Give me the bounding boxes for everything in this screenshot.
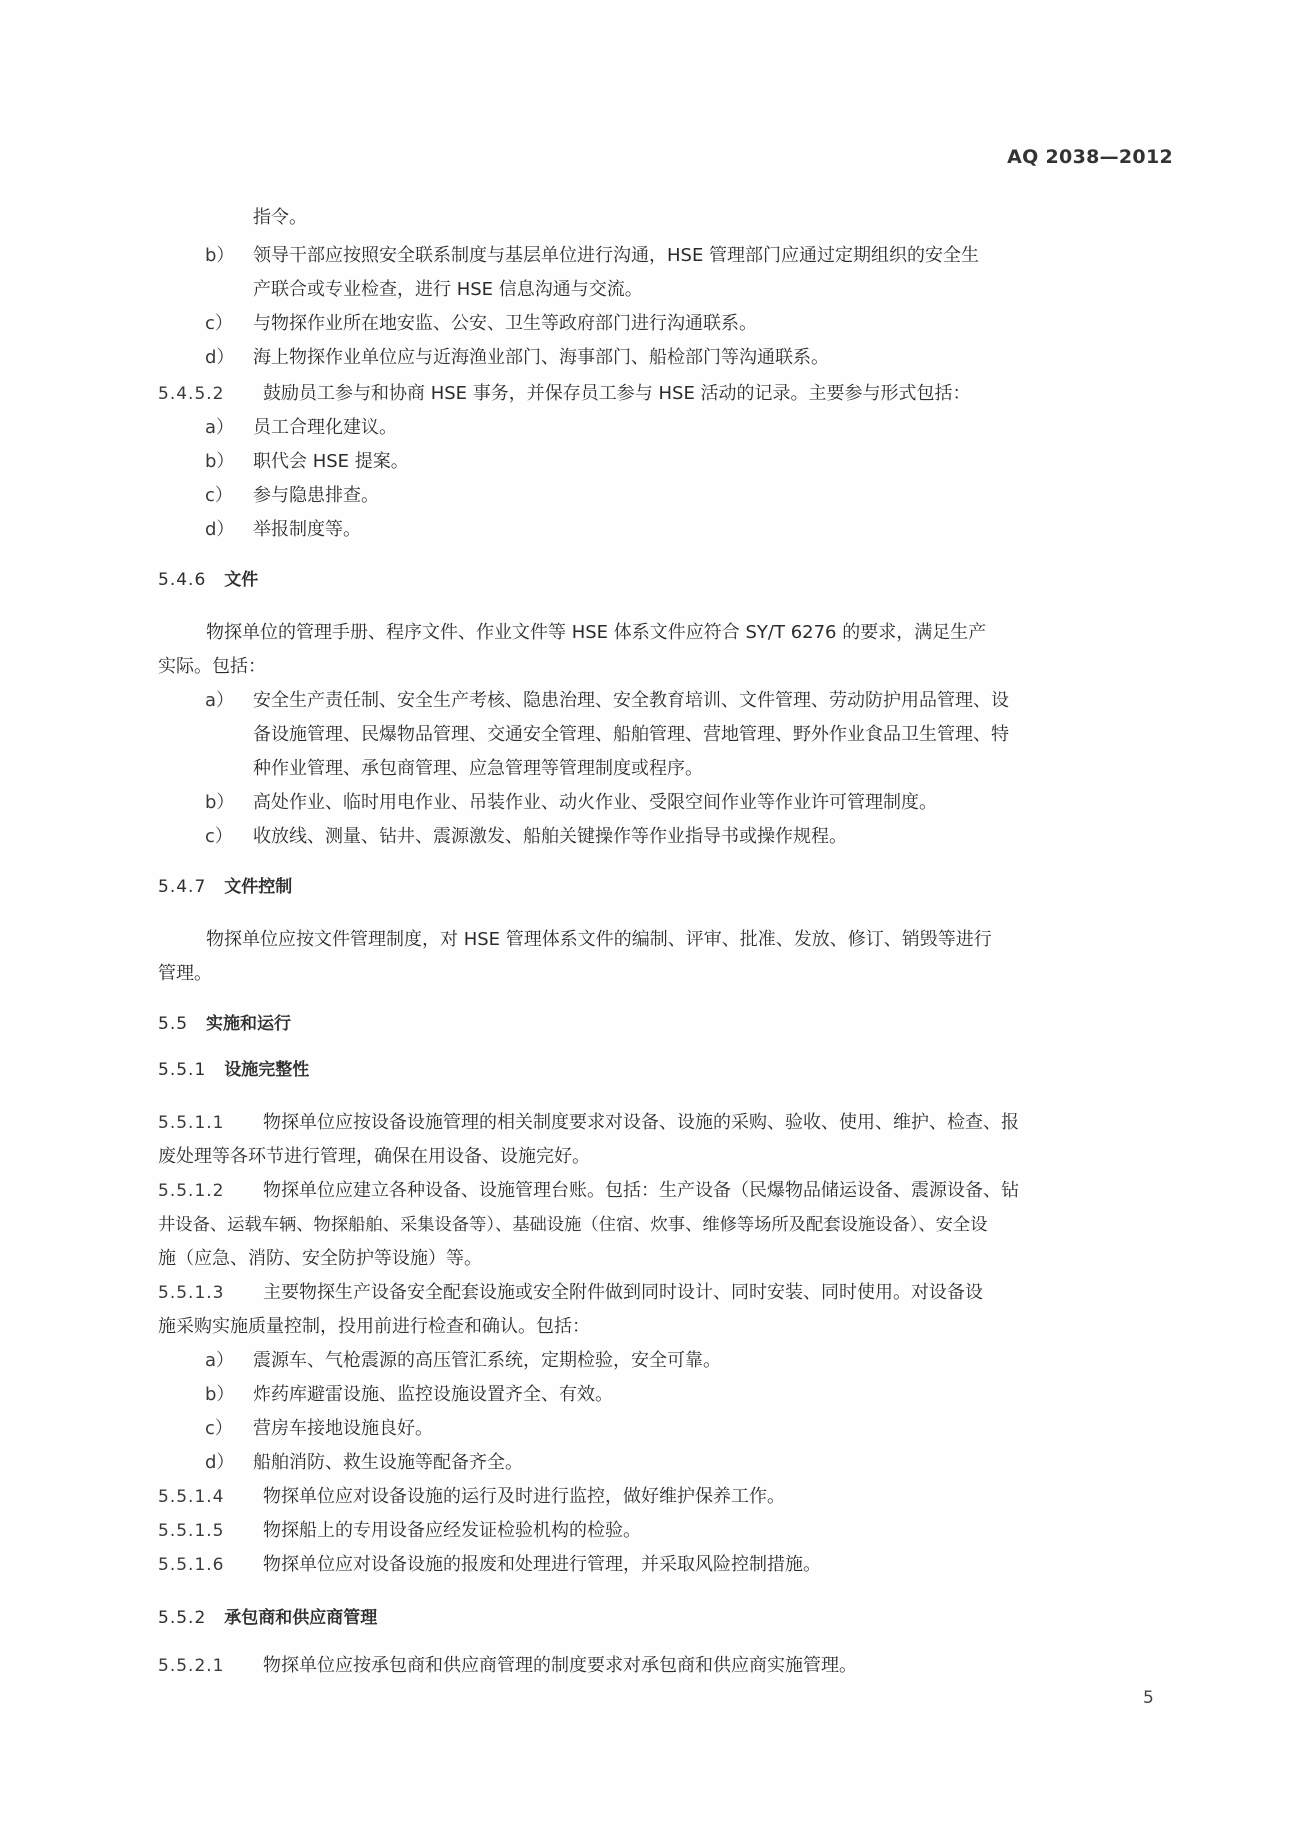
- list-item-text: 举报制度等。: [253, 517, 361, 543]
- clause-number: 5.5.1.4: [158, 1484, 224, 1510]
- clause-text: 物探单位应对设备设施的运行及时进行监控，做好维护保养工作。: [263, 1484, 785, 1510]
- section-number: 5.5.1: [158, 1060, 206, 1080]
- clause-text: 物探船上的专用设备应经发证检验机构的检验。: [263, 1518, 641, 1544]
- section-heading: 5.4.6文件: [158, 567, 258, 593]
- paragraph-text: 实际。包括：: [158, 654, 266, 680]
- section-heading: 5.5.1设施完整性: [158, 1057, 309, 1083]
- clause-text: 废处理等各环节进行管理，确保在用设备、设施完好。: [158, 1144, 590, 1170]
- clause-number: 5.5.1.5: [158, 1518, 224, 1544]
- list-label: b）: [205, 243, 234, 269]
- clause-number: 5.5.1.2: [158, 1178, 224, 1204]
- list-label: b）: [205, 449, 234, 475]
- clause-text: 鼓励员工参与和协商 HSE 事务，并保存员工参与 HSE 活动的记录。主要参与形…: [263, 381, 971, 407]
- section-title: 文件: [224, 570, 258, 590]
- list-item-text: 产联合或专业检查，进行 HSE 信息沟通与交流。: [253, 277, 643, 303]
- list-item-text: 与物探作业所在地安监、公安、卫生等政府部门进行沟通联系。: [253, 311, 757, 337]
- clause-number: 5.4.5.2: [158, 381, 224, 407]
- section-title: 设施完整性: [224, 1060, 309, 1080]
- list-label: b）: [205, 1382, 234, 1408]
- list-item-text: 参与隐患排查。: [253, 483, 379, 509]
- list-label: d）: [205, 517, 234, 543]
- list-label: a）: [205, 415, 234, 441]
- clause-text: 井设备、运载车辆、物探船舶、采集设备等）、基础设施（住宿、炊事、维修等场所及配套…: [158, 1212, 988, 1238]
- list-label: a）: [205, 1348, 234, 1374]
- list-label: d）: [205, 345, 234, 371]
- section-number: 5.5: [158, 1014, 188, 1034]
- list-label: c）: [205, 824, 233, 850]
- page-number: 5: [1143, 1688, 1154, 1708]
- list-item-text: 种作业管理、承包商管理、应急管理等管理制度或程序。: [253, 756, 703, 782]
- clause-text: 物探单位应对设备设施的报废和处理进行管理，并采取风险控制措施。: [263, 1552, 821, 1578]
- paragraph-text: 物探单位的管理手册、程序文件、作业文件等 HSE 体系文件应符合 SY/T 62…: [206, 620, 986, 646]
- list-item-text: 船舶消防、救生设施等配备齐全。: [253, 1450, 523, 1476]
- list-item-text: 海上物探作业单位应与近海渔业部门、海事部门、船检部门等沟通联系。: [253, 345, 829, 371]
- list-item-text: 高处作业、临时用电作业、吊装作业、动火作业、受限空间作业等作业许可管理制度。: [253, 790, 937, 816]
- list-item-text: 员工合理化建议。: [253, 415, 397, 441]
- section-heading: 5.5.2承包商和供应商管理: [158, 1605, 377, 1631]
- clause-number: 5.5.1.6: [158, 1552, 224, 1578]
- clause-text: 施采购实施质量控制，投用前进行检查和确认。包括：: [158, 1314, 590, 1340]
- section-heading: 5.4.7文件控制: [158, 874, 292, 900]
- list-label: d）: [205, 1450, 234, 1476]
- list-label: c）: [205, 1416, 233, 1442]
- clause-number: 5.5.2.1: [158, 1653, 224, 1679]
- clause-text: 物探单位应按承包商和供应商管理的制度要求对承包商和供应商实施管理。: [263, 1653, 857, 1679]
- continuation-text: 指令。: [253, 205, 307, 231]
- section-title: 承包商和供应商管理: [224, 1608, 377, 1628]
- clause-number: 5.5.1.3: [158, 1280, 224, 1306]
- section-number: 5.5.2: [158, 1608, 206, 1628]
- list-item-text: 安全生产责任制、安全生产考核、隐患治理、安全教育培训、文件管理、劳动防护用品管理…: [253, 688, 1009, 714]
- list-item-text: 震源车、气枪震源的高压管汇系统，定期检验，安全可靠。: [253, 1348, 721, 1374]
- list-item-text: 收放线、测量、钻井、震源激发、船舶关键操作等作业指导书或操作规程。: [253, 824, 847, 850]
- paragraph-text: 管理。: [158, 961, 212, 987]
- clause-text: 主要物探生产设备安全配套设施或安全附件做到同时设计、同时安装、同时使用。对设备设: [263, 1280, 983, 1306]
- clause-text: 物探单位应按设备设施管理的相关制度要求对设备、设施的采购、验收、使用、维护、检查…: [263, 1110, 1019, 1136]
- list-item-text: 备设施管理、民爆物品管理、交通安全管理、船舶管理、营地管理、野外作业食品卫生管理…: [253, 722, 1009, 748]
- clause-number: 5.5.1.1: [158, 1110, 224, 1136]
- list-item-text: 职代会 HSE 提案。: [253, 449, 409, 475]
- list-label: b）: [205, 790, 234, 816]
- standard-code-header: AQ 2038—2012: [1007, 146, 1173, 168]
- clause-text: 施（应急、消防、安全防护等设施）等。: [158, 1246, 482, 1272]
- list-label: c）: [205, 311, 233, 337]
- section-number: 5.4.6: [158, 570, 206, 590]
- section-number: 5.4.7: [158, 877, 206, 897]
- document-page: AQ 2038—2012 指令。 b） 领导干部应按照安全联系制度与基层单位进行…: [0, 0, 1305, 1846]
- clause-text: 物探单位应建立各种设备、设施管理台账。包括：生产设备（民爆物品储运设备、震源设备…: [263, 1178, 1019, 1204]
- list-item-text: 领导干部应按照安全联系制度与基层单位进行沟通，HSE 管理部门应通过定期组织的安…: [253, 243, 979, 269]
- section-heading: 5.5实施和运行: [158, 1011, 291, 1037]
- paragraph-text: 物探单位应按文件管理制度，对 HSE 管理体系文件的编制、评审、批准、发放、修订…: [206, 927, 992, 953]
- list-label: c）: [205, 483, 233, 509]
- list-label: a）: [205, 688, 234, 714]
- list-item-text: 营房车接地设施良好。: [253, 1416, 433, 1442]
- list-item-text: 炸药库避雷设施、监控设施设置齐全、有效。: [253, 1382, 613, 1408]
- section-title: 实施和运行: [206, 1014, 291, 1034]
- section-title: 文件控制: [224, 877, 292, 897]
